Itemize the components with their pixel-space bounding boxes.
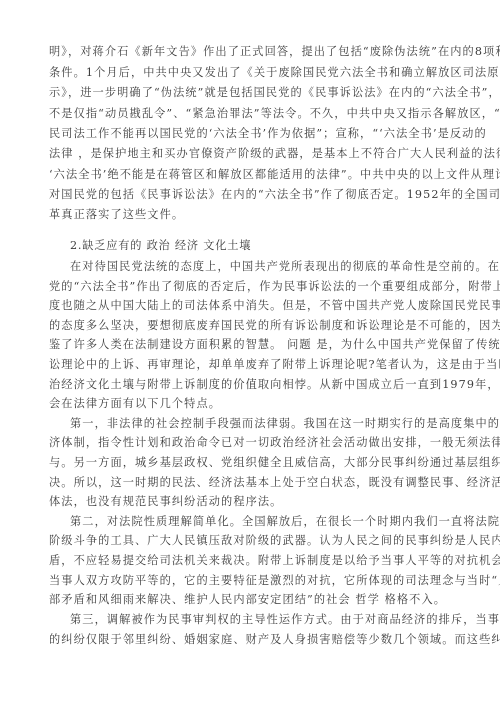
text-line: ‘六法全书’绝不能是在蒋管区和解放区都能适用的法律”。中共中央的以上文件从理论上 bbox=[49, 168, 453, 182]
text-line: 的纠纷仅限于邻里纠纷、婚姻家庭、财产及人身损害赔偿等少数几个领域。而这些纠纷一般 bbox=[49, 633, 453, 647]
text-line: 条件。1个月后，中共中央又发出了《关于废除国民党六法全书和确立解放区司法原则的指 bbox=[49, 66, 453, 80]
text-line: 阶级斗争的工具、广大人民镇压敌对阶级的武器。认为人民之间的民事纠纷是人民内部矛 bbox=[49, 534, 453, 548]
text-line: 不是仅指“动员戡乱令”、“紧急治罪法”等法令。不久，中共中央又指示各解放区，“人 bbox=[49, 107, 453, 121]
text-line: 讼理论中的上诉、再审理论，却单单废弃了附带上诉理论呢?笔者认为，这是由于当时的政 bbox=[49, 358, 453, 372]
text-line: 盾，不应轻易提交给司法机关来裁决。附带上诉制度是以给予当事人平等的对抗机会来实现 bbox=[49, 554, 453, 568]
text-line: 会在法律方面有以下几个特点。 bbox=[49, 397, 453, 411]
document-page: 明》，对蒋介石《新年文告》作出了正式回答，提出了包括“废除伪法统”在内的8项和谈… bbox=[0, 0, 500, 707]
text-line: 治经济文化土壤与附带上诉制度的价值取向相悖。从新中国成立后一直到1979年，中国… bbox=[49, 378, 453, 392]
text-line: 示》，进一步明确了“伪法统”就是包括国民党的《民事诉讼法》在内的“六法全书”，并 bbox=[49, 86, 453, 100]
text-line: 部矛盾和风细雨来解决、维护人民内部安定团结”的社会 哲学 格格不入。 bbox=[49, 593, 453, 607]
text-line: 第一，非法律的社会控制手段强而法律弱。我国在这一时期实行的是高度集中的计划经 bbox=[70, 417, 453, 431]
text-line: 对国民党的包括《民事诉讼法》在内的“六法全书”作了彻底否定。1952年的全国司法… bbox=[49, 188, 453, 202]
text-line: 与。另一方面，城乡基层政权、党组织健全且威信高，大部分民事纠纷通过基层组织就可解 bbox=[49, 456, 453, 470]
text-line: 济体制，指令性计划和政治命令已对一切政治经济社会活动做出安排，一般无须法律再参 bbox=[49, 436, 453, 450]
text-line: 第二，对法院性质理解简单化。全国解放后，在很长一个时期内我们一直将法院理解为 bbox=[70, 515, 453, 529]
text-line: 民司法工作不能再以国民党的‘六法全书’作为依据”；宣称，“‘六法全书’是反动的 bbox=[49, 127, 453, 141]
text-line: 革真正落实了这些文件。 bbox=[49, 208, 453, 222]
text-line: 法律 ，是保护地主和买办官僚资产阶级的武器，是基本上不符合广大人民利益的法律。 bbox=[49, 147, 453, 161]
text-line: 的态度多么坚决，要想彻底废弃国民党的所有诉讼制度和诉讼理论是不可能的，因为它也借 bbox=[49, 319, 453, 333]
text-line: 在对待国民党法统的态度上，中国共产党所表现出的彻底的革命性是空前的。在对国民 bbox=[70, 260, 453, 274]
text-line: 度也随之从中国大陆上的司法体系中消失。但是，不管中国共产党人废除国民党民事诉讼法 bbox=[49, 299, 453, 313]
text-line: 体法，也没有规范民事纠纷活动的程序法。 bbox=[49, 495, 453, 509]
section-heading: 2.缺乏应有的 政治 经济 文化土壤 bbox=[70, 239, 474, 253]
text-line: 鉴了许多人类在法制建设方面积累的智慧。 问题 是，为什么中国共产党保留了传统民事… bbox=[49, 338, 453, 352]
text-line: 第三，调解被作为民事审判权的主导性运作方式。由于对商品经济的排斥，当事人之间 bbox=[70, 613, 453, 627]
text-line: 当事人双方攻防平等的，它的主要特征是激烈的对抗，它所体现的司法理念与当时“人民内 bbox=[49, 574, 453, 588]
text-line: 党的“六法全书”作出了彻底的否定后，作为民事诉讼法的一个重要组成部分，附带上诉制 bbox=[49, 280, 453, 294]
text-line: 决。所以，这一时期的民法、经济法基本上处于空白状态，既没有调整民事、经济活动的实 bbox=[49, 476, 453, 490]
text-line: 明》，对蒋介石《新年文告》作出了正式回答，提出了包括“废除伪法统”在内的8项和谈 bbox=[49, 45, 453, 59]
